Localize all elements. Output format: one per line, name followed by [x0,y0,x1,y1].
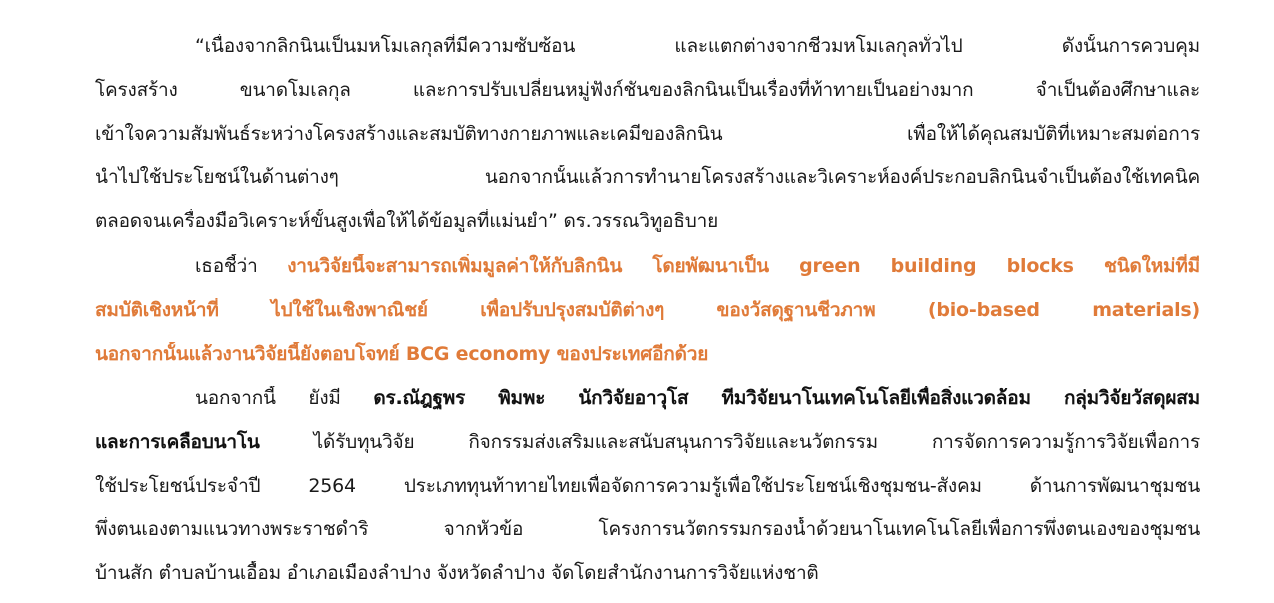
quote-line-5: ตลอดจนเครื่องมือวิเคราะห์ขั้นสูงเพื่อให้… [95,209,1200,233]
highlight-text-1: งานวิจัยนี้จะสามารถเพิ่มมูลค่าให้กับลิกน… [287,255,1200,277]
paragraph2-lead: เธอชี้ว่า [195,255,287,277]
quote-line-1: “เนื่องจากลิกนินเป็นมหโมเลกุลที่มีความซั… [195,34,1200,64]
paragraph3-line-2: และการเคลือบนาโน ได้รับทุนวิจัย กิจกรรมส… [95,430,1200,460]
quote-line-4: นำไปใช้ประโยชน์ในด้านต่างๆ นอกจากนั้นแล้… [95,165,1200,195]
quote-line-2: โครงสร้าง ขนาดโมเลกุล และการปรับเปลี่ยนห… [95,78,1200,108]
paragraph3-line-1: นอกจากนี้ ยังมี ดร.ณัฎฐพร พิมพะ นักวิจัย… [195,386,1200,416]
quote-line-3: เข้าใจความสัมพันธ์ระหว่างโครงสร้างและสมบ… [95,122,1200,152]
research-group-bold: และการเคลือบนาโน [95,431,260,453]
highlight-line-1: เธอชี้ว่า งานวิจัยนี้จะสามารถเพิ่มมูลค่า… [195,254,1200,284]
document-page: “เนื่องจากลิกนินเป็นมหโมเลกุลที่มีความซั… [0,0,1274,603]
highlight-line-2: สมบัติเชิงหน้าที่ ไปใช้ในเชิงพาณิชย์ เพื… [95,298,1200,328]
paragraph3-line-4: พึ่งตนเองตามแนวทางพระราชดำริ จากหัวข้อ โ… [95,517,1200,547]
paragraph3-lead: นอกจากนี้ ยังมี [195,387,373,409]
highlight-line-3: นอกจากนั้นแล้วงานวิจัยนี้ยังตอบโจทย์ BCG… [95,342,1200,366]
grant-text: ได้รับทุนวิจัย กิจกรรมส่งเสริมและสนับสนุ… [260,431,1200,453]
researcher-name-bold: ดร.ณัฎฐพร พิมพะ นักวิจัยอาวุโส ทีมวิจัยน… [373,387,1200,409]
paragraph3-line-5: บ้านสัก ตำบลบ้านเอื้อม อำเภอเมืองลำปาง จ… [95,561,1200,585]
paragraph3-line-3: ใช้ประโยชน์ประจำปี 2564 ประเภททุนท้าทายไ… [95,474,1200,504]
